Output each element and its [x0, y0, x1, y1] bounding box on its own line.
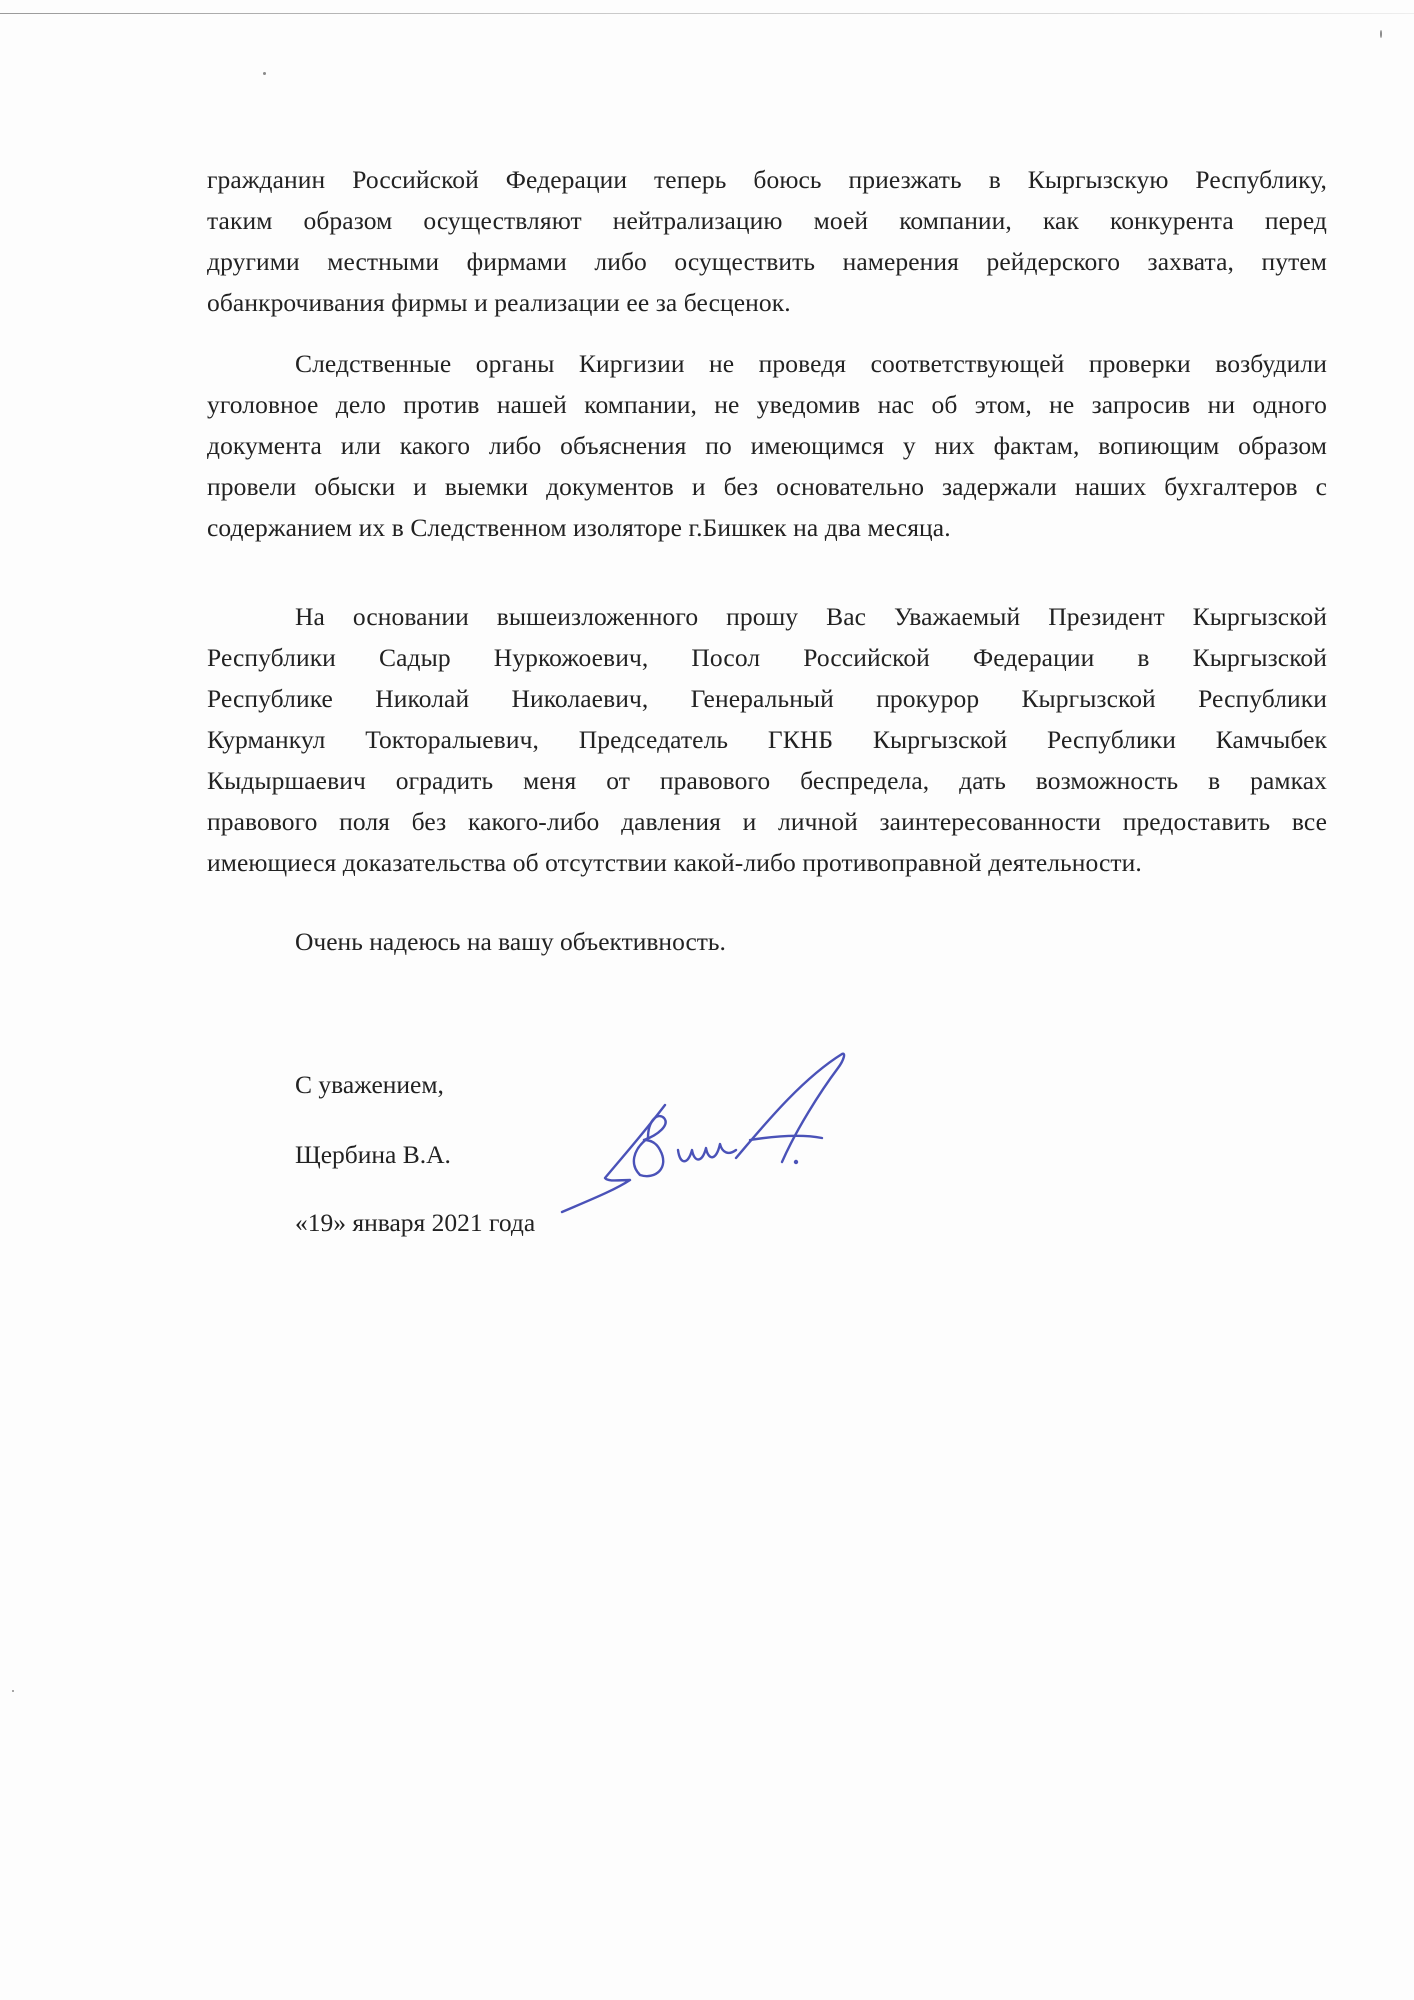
signature-icon	[560, 1040, 860, 1230]
text-line: Республики Садыр Нуркожоевич, Посол Росс…	[207, 642, 1327, 674]
text-line: На основании вышеизложенного прошу Вас У…	[295, 601, 1327, 633]
letter-date: «19» января 2021 года	[295, 1207, 535, 1239]
text-line: правового поля без какого-либо давления …	[207, 806, 1327, 838]
text-line: таким образом осуществляют нейтрализацию…	[207, 205, 1327, 237]
text-line: Курманкул Токторалыевич, Председатель ГК…	[207, 724, 1327, 756]
scan-edge-line	[0, 13, 1414, 14]
text-line: имеющиеся доказательства об отсутствии к…	[207, 847, 1327, 879]
text-line: документа или какого либо объяснения по …	[207, 430, 1327, 462]
signer-name: Щербина В.А.	[295, 1139, 451, 1171]
closing-hope: Очень надеюсь на вашу объективность.	[295, 926, 726, 958]
text-line: Республике Николай Николаевич, Генеральн…	[207, 683, 1327, 715]
text-line: содержанием их в Следственном изоляторе …	[207, 512, 1327, 544]
text-line: уголовное дело против нашей компании, не…	[207, 389, 1327, 421]
text-line: провели обыски и выемки документов и без…	[207, 471, 1327, 503]
scan-speck	[263, 72, 266, 75]
text-line: Следственные органы Киргизии не проведя …	[295, 348, 1327, 380]
scan-speck	[1380, 30, 1382, 38]
text-line: обанкрочивания фирмы и реализации ее за …	[207, 287, 1327, 319]
scan-speck	[12, 1690, 14, 1692]
text-line: Кыдыршаевич оградить меня от правового б…	[207, 765, 1327, 797]
text-line: другими местными фирмами либо осуществит…	[207, 246, 1327, 278]
salutation: С уважением,	[295, 1069, 444, 1101]
text-line: гражданин Российской Федерации теперь бо…	[207, 164, 1327, 196]
